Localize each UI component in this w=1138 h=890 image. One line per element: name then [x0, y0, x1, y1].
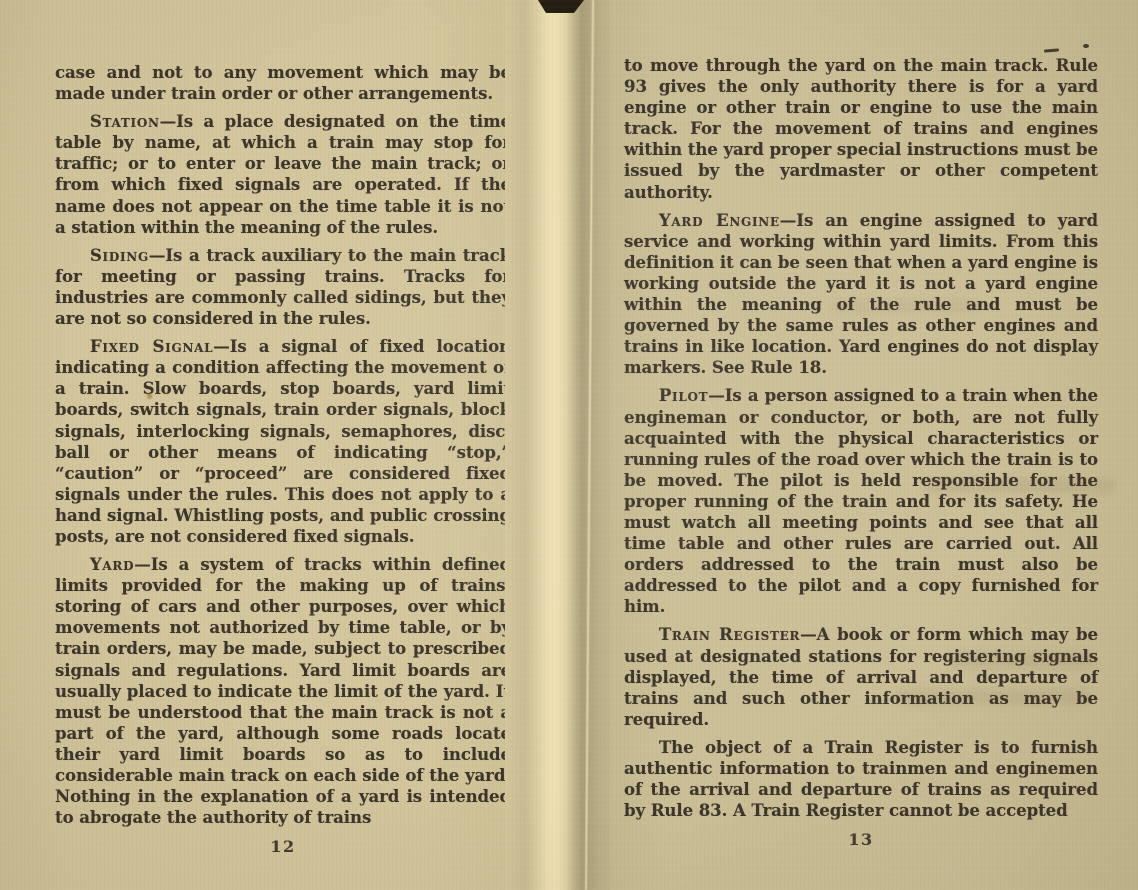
- paragraph-text: —Is a person assigned to a train when th…: [624, 385, 1098, 616]
- paragraph-train-register: Train Register—A book or form which may …: [624, 624, 1098, 729]
- page-number-left: 12: [55, 837, 511, 856]
- page-left: case and not to any movement which may b…: [0, 0, 540, 890]
- paragraph-text: —Is a signal of fixed location indicatin…: [55, 336, 511, 546]
- book-scan: case and not to any movement which may b…: [0, 0, 1138, 890]
- page-right-text: to move through the yard on the main tra…: [624, 55, 1098, 821]
- paragraph-siding: Siding—Is a track auxiliary to the main …: [55, 245, 511, 329]
- paragraph-yard: Yard—Is a system of tracks within define…: [55, 554, 511, 828]
- paragraph-station: Station—Is a place designated on the tim…: [55, 111, 511, 238]
- gutter-fold-highlight: [585, 0, 594, 890]
- paragraph-train-register-object: The object of a Train Register is to fur…: [624, 737, 1098, 821]
- paper-speck: [147, 393, 152, 399]
- paragraph-text: to move through the yard on the main tra…: [624, 55, 1098, 202]
- paragraph-pilot: Pilot—Is a person assigned to a train wh…: [624, 385, 1098, 617]
- definition-term: Train Register: [659, 624, 800, 644]
- definition-term: Yard: [90, 554, 134, 574]
- definition-term: Station: [90, 111, 160, 131]
- page-left-text: case and not to any movement which may b…: [55, 62, 511, 828]
- paragraph-continuation: case and not to any movement which may b…: [55, 62, 511, 104]
- paragraph-text: The object of a Train Register is to fur…: [624, 737, 1098, 820]
- page-right: to move through the yard on the main tra…: [610, 0, 1138, 890]
- page-number-right: 13: [624, 830, 1098, 849]
- paragraph-text: —Is an engine assigned to yard service a…: [624, 210, 1098, 378]
- definition-term: Fixed Signal: [90, 336, 213, 356]
- paragraph-text: —Is a system of tracks within defined li…: [55, 554, 511, 827]
- paragraph-text: case and not to any movement which may b…: [55, 62, 511, 103]
- paragraph-yard-engine: Yard Engine—Is an engine assigned to yar…: [624, 210, 1098, 379]
- definition-term: Siding: [90, 245, 149, 265]
- paragraph-continuation: to move through the yard on the main tra…: [624, 55, 1098, 203]
- definition-term: Pilot: [659, 385, 708, 405]
- pencil-dot-mark: [1083, 44, 1089, 48]
- paragraph-fixed-signal: Fixed Signal—Is a signal of fixed locati…: [55, 336, 511, 547]
- definition-term: Yard Engine: [659, 210, 780, 230]
